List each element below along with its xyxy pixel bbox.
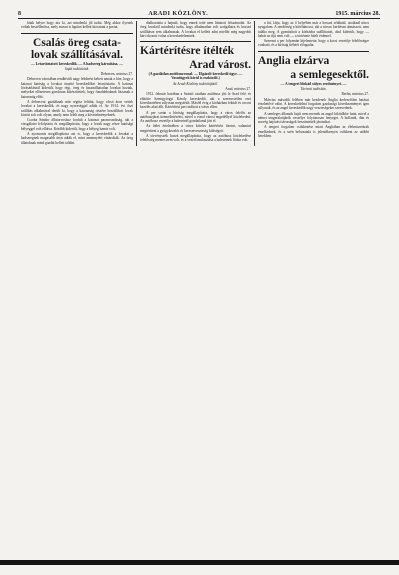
column-1: hítak helyre hogy nix ki, azt mindenki j…: [18, 21, 136, 146]
article-subheadline: — A tengeri blokád súlyos eredményei. —: [258, 82, 369, 86]
article-paragraph: dialkoztatta a hajnali, hogy ennek tetté…: [140, 21, 251, 38]
article-dateline: Berlin, március 27.: [258, 92, 369, 96]
article-paragraph: hítak helyre hogy nix ki, azt mindenki j…: [21, 21, 133, 30]
newspaper-page: 8 ARADI KÖZLÖNY. 1915. március 28. hítak…: [18, 8, 380, 146]
scan-edge-bar: [0, 560, 399, 565]
article-paragraph: A nyomozás megállapította azt is, hogy a…: [21, 132, 133, 145]
article-divider: [140, 41, 251, 42]
article-headline: Csalás öreg csata-lovak szállításával.: [21, 37, 133, 61]
article-subheadline: (A gazdátlan autóbuszvonal. — Elgázolt k…: [140, 72, 251, 81]
article-headline: Kártérítésre ítélték: [140, 45, 251, 57]
article-divider: [21, 33, 133, 34]
article-byline: Az Aradi Közlöny tudósítójától.: [140, 82, 251, 86]
columns: hítak helyre hogy nix ki, azt mindenki j…: [18, 21, 380, 146]
article-divider: [258, 51, 369, 52]
newspaper-title: ARADI KÖZLÖNY.: [148, 11, 208, 17]
article-paragraph: A debreceni gazdáknak már régóta feltűnt…: [21, 100, 133, 117]
article-paragraph: A semleges államok hajói nem mernek az a…: [258, 112, 369, 125]
article-paragraph: Szeremi a per folyamán kijelentette, hog…: [258, 39, 369, 48]
article-dateline: Arad, március 27.: [140, 87, 251, 91]
article-subheadline: — Letartóztatott kereskedők. — A hadsere…: [21, 62, 133, 66]
page-header: 8 ARADI KÖZLÖNY. 1915. március 28.: [18, 8, 380, 19]
issue-date: 1915. március 28.: [335, 11, 380, 17]
article-dateline: Debrecen, március 27.: [21, 72, 133, 76]
article-byline: Saját tudósítónk.: [21, 67, 133, 71]
article-headline: a semlegesektől.: [258, 69, 369, 81]
article-paragraph: Március második felében már kezdenek Ang…: [258, 98, 369, 111]
article-headline: Anglia elzárva: [258, 55, 369, 67]
article-byline: Távirati tudósítás.: [258, 87, 369, 91]
page-number: 8: [18, 11, 21, 17]
article-paragraph: A törvényszék hozzá megállapította, hogy…: [140, 134, 251, 143]
article-paragraph: Az ítélet értelmében a város köteles kár…: [140, 124, 251, 133]
article-paragraph: 1912. február havában a Szántó utcában a…: [140, 92, 251, 109]
article-paragraph: A per során a bíróság megállapította, ho…: [140, 111, 251, 124]
article-headline: Arad várost.: [140, 59, 251, 71]
column-3: a fiú, látja, hogy az ő helyében már a h…: [254, 21, 372, 146]
article-paragraph: Debrecen városában rendkívüli nagy feltű…: [21, 77, 133, 98]
article-paragraph: Csorba Sándor állatorvoshoz fordult a ka…: [21, 118, 133, 131]
column-2: dialkoztatta a hajnali, hogy ennek tetté…: [136, 21, 254, 146]
article-paragraph: A tengeri forgalom csökkenése miatt Angl…: [258, 125, 369, 138]
article-paragraph: a fiú, látja, hogy az ő helyében már a h…: [258, 21, 369, 38]
